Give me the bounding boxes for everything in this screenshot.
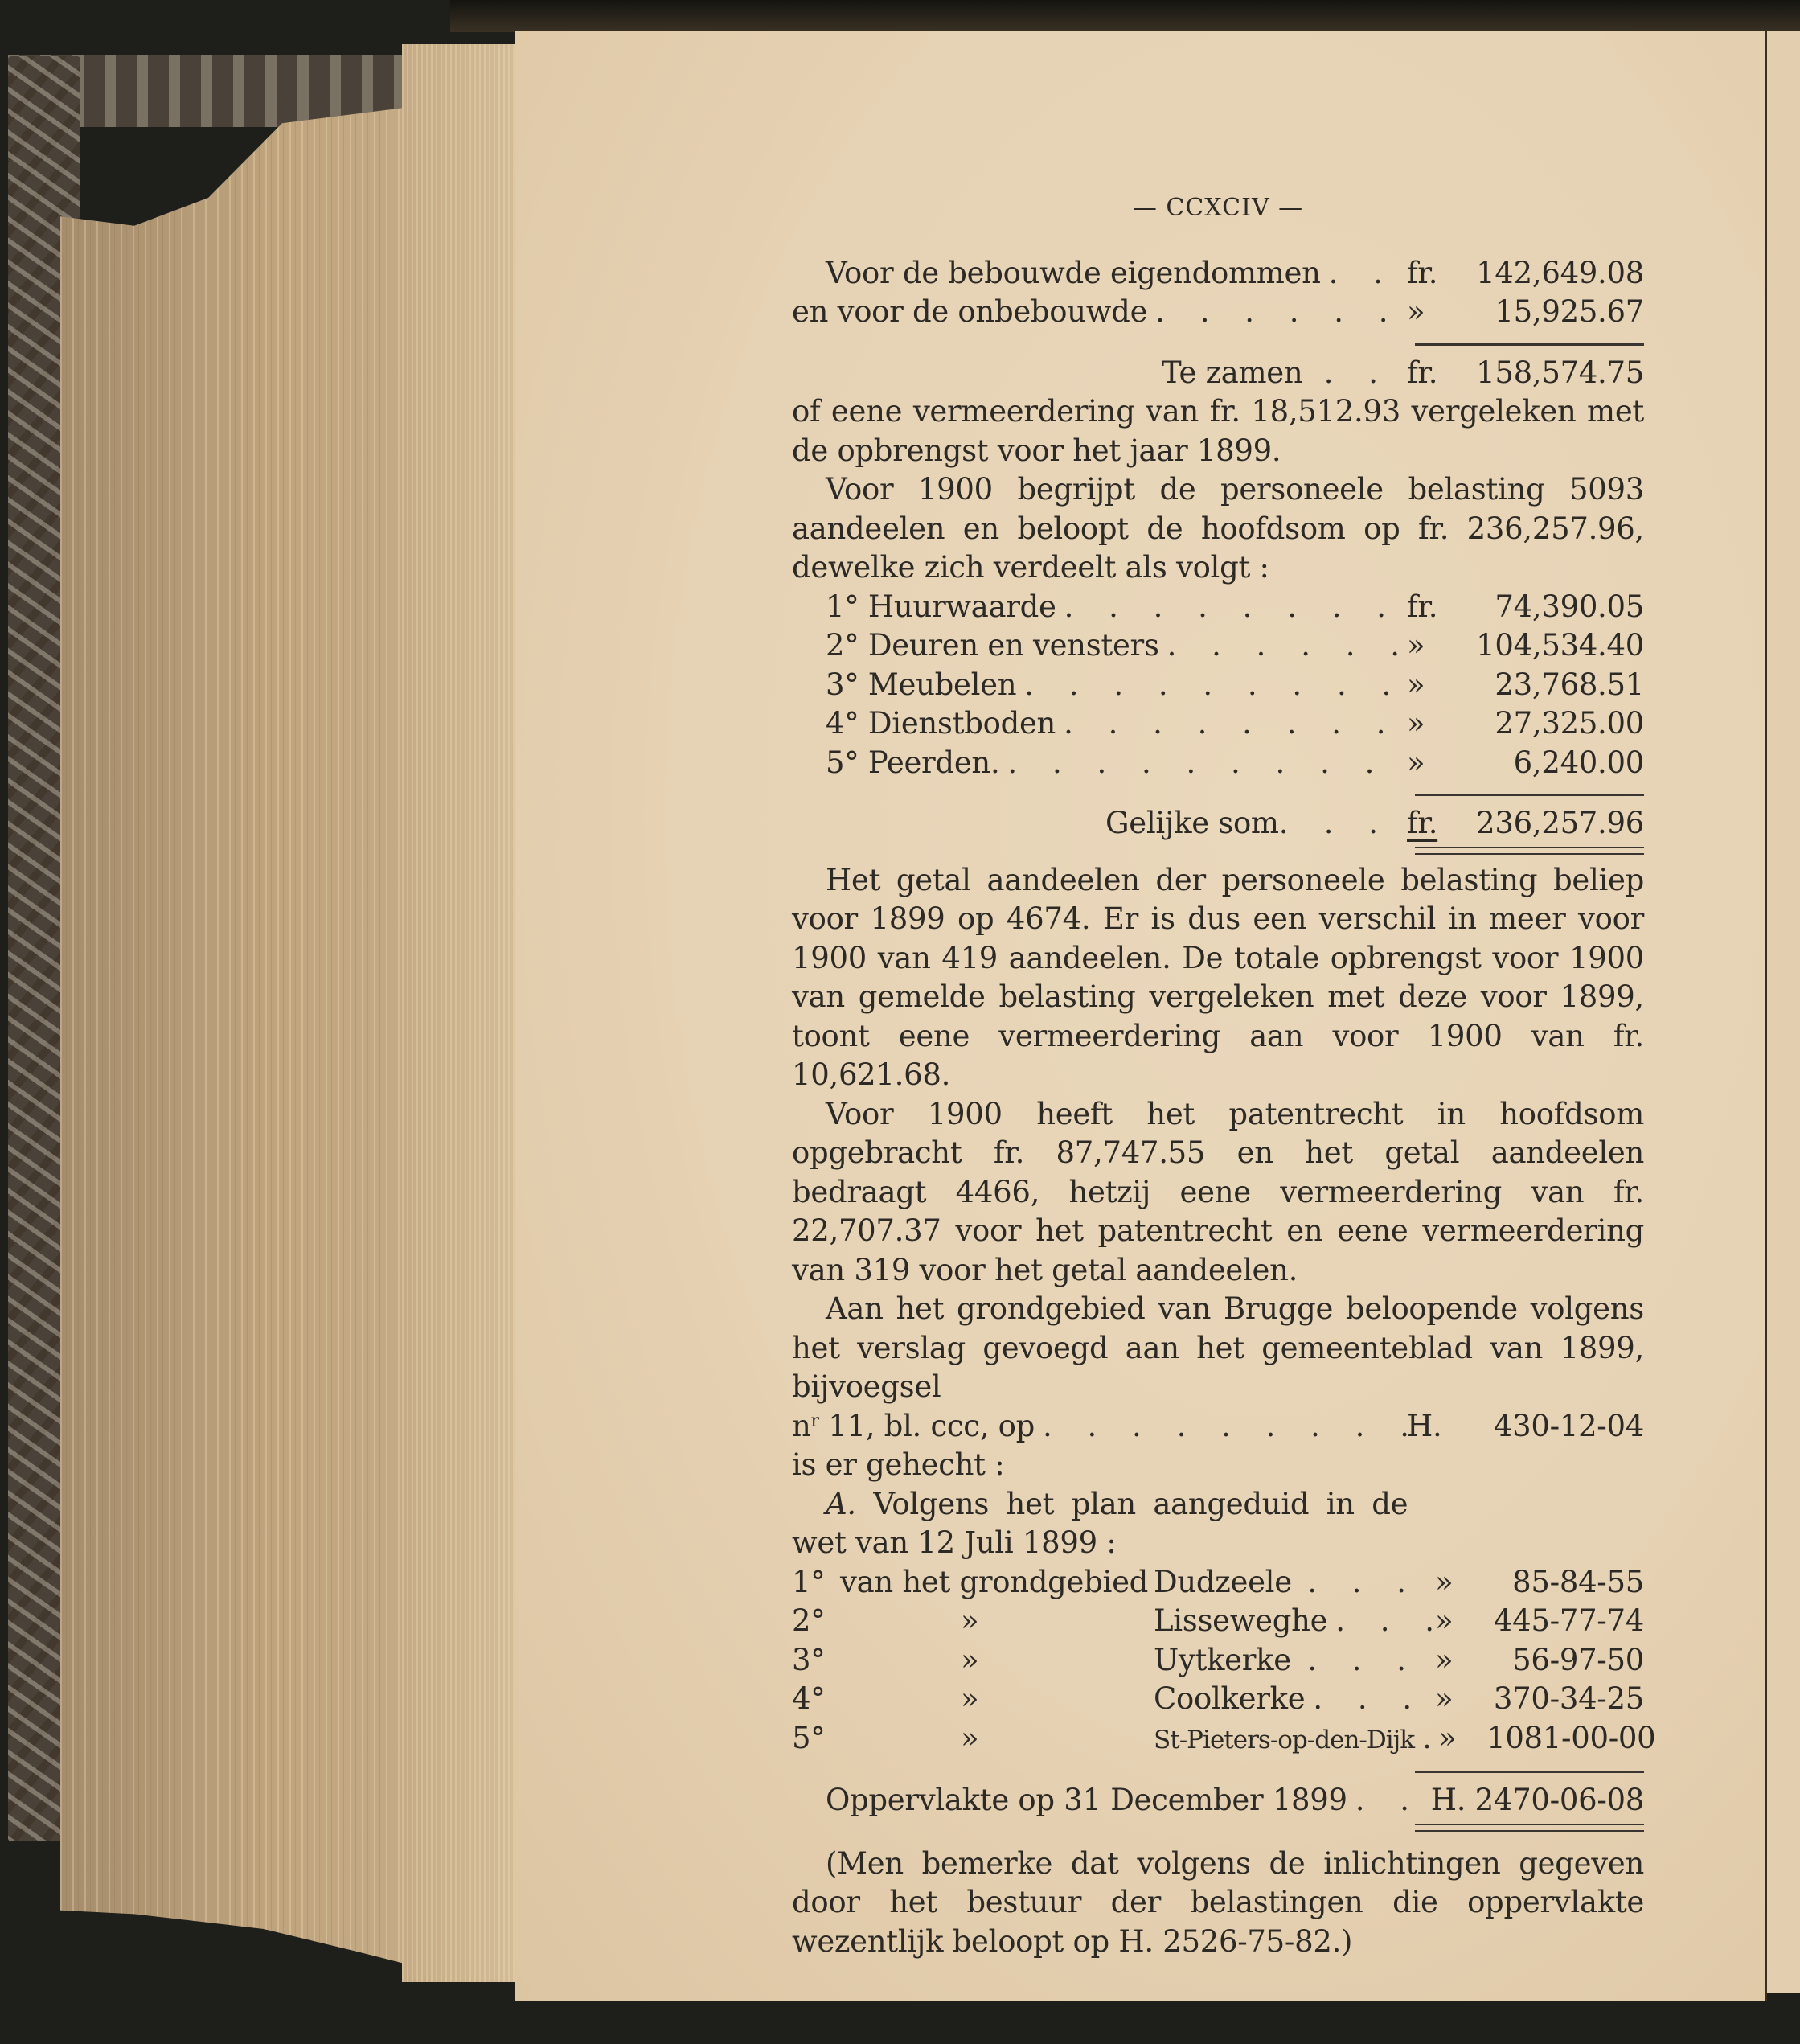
paragraph: of eene vermeerdering van fr. 18,512.93 … [792, 392, 1644, 470]
sum-rule [792, 1771, 1644, 1773]
paragraph: Voor 1900 heeft het patentrecht in hoofd… [792, 1095, 1644, 1291]
sum-rule [792, 343, 1644, 346]
paragraph: Aan het grondgebied van Brugge beloopend… [792, 1290, 1644, 1407]
ledger-row: 4° Dienstboden . . . . . . . . » 27,325.… [792, 704, 1644, 744]
double-rule [1415, 1824, 1644, 1832]
area-row: 2° » Lisseweghe . . . » 445-77-74 [792, 1602, 1644, 1641]
ledger-total-row: Te zamen . . fr. 158,574.75 [792, 354, 1644, 393]
area-row: 3° » Uytkerke . . . » 56-97-50 [792, 1641, 1644, 1681]
page-stack-inner [402, 44, 515, 1982]
section-heading-line2: wet van 12 Juli 1899 : [792, 1524, 1644, 1563]
page-number-heading: — CCXCIV — [792, 189, 1644, 228]
area-row: 4° » Coolkerke . . . » 370-34-25 [792, 1680, 1644, 1719]
ledger-row: nr 11, bl. ccc, op . . . . . . . . . H. … [792, 1407, 1644, 1447]
ledger-row: 2° Deuren en vensters . . . . . . » 104,… [792, 626, 1644, 666]
ledger-row: Voor de bebouwde eigendommen . . fr. 142… [792, 254, 1644, 293]
page-stack-fore-edge [60, 105, 430, 1970]
sum-rule [792, 794, 1644, 796]
ledger-row: en voor de onbebouwde . . . . . . . » 15… [792, 293, 1644, 332]
area-row: 1° van het grondgebied Dudzeele . . . » … [792, 1563, 1644, 1603]
next-page-edge [1767, 31, 1800, 1993]
area-total-row: Oppervlakte op 31 December 1899 . . H. 2… [792, 1781, 1644, 1820]
ledger-row: 3° Meubelen . . . . . . . . . . » 23,768… [792, 666, 1644, 705]
book-top-edge [450, 0, 1800, 32]
paragraph: (Men bemerke dat volgens de inlichtingen… [792, 1845, 1644, 1962]
ledger-total-row: Gelijke som. . . fr. 236,257.96 [792, 804, 1644, 843]
paragraph: Het getal aandeelen der personeele belas… [792, 861, 1644, 1095]
double-rule [1415, 847, 1644, 855]
ledger-row: 1° Huurwaarde . . . . . . . . . fr. 74,3… [792, 588, 1644, 627]
paragraph: is er gehecht : [792, 1446, 1644, 1485]
ledger-row: 5° Peerden. . . . . . . . . . . » 6,240.… [792, 744, 1644, 783]
section-heading: A. Volgens het plan aangeduid in de [792, 1485, 1644, 1525]
page-content: — CCXCIV — Voor de bebouwde eigendommen … [792, 189, 1644, 1961]
area-row: 5° » St-Pieters-op-den-Dijk . » 1081-00-… [792, 1719, 1644, 1760]
paragraph: Voor 1900 begrijpt de personeele belasti… [792, 470, 1644, 588]
